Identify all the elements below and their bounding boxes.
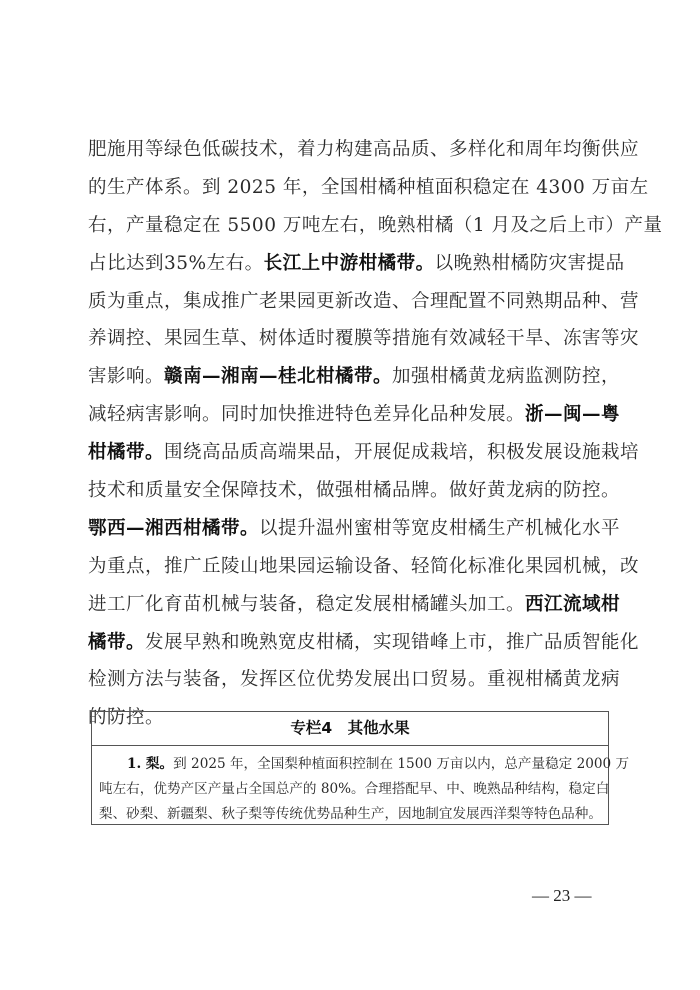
- box-body: 1. 梨。到 2025 年，全国梨种植面积控制在 1500 万亩以内，总产量稳定…: [92, 746, 608, 827]
- body-text: 的生产体系。到 2025 年，全国柑橘种植面积稳定在 4300 万亩左: [88, 177, 649, 198]
- bold-heading-text: 橘带。: [88, 632, 145, 653]
- paragraph-line: 进工厂化育苗机械与装备，稳定发展柑橘罐头加工。西江流域柑: [88, 592, 613, 630]
- bold-heading-text: 长江上中游柑橘带。: [264, 253, 435, 274]
- body-text: 吨左右，优势产区产量占全国总产的 80%。合理搭配早、中、晚熟品种结构，稳定白: [99, 781, 609, 797]
- body-text: 技术和质量安全保障技术，做强柑橘品牌。做好黄龙病的防控。: [88, 480, 620, 501]
- paragraph-line: 柑橘带。围绕高品质高端果品，开展促成栽培，积极发展设施栽培: [88, 440, 613, 478]
- paragraph-line: 肥施用等绿色低碳技术，着力构建高品质、多样化和周年均衡供应: [88, 137, 613, 175]
- bold-heading-text: 柑橘带。: [88, 442, 164, 463]
- body-text: 肥施用等绿色低碳技术，着力构建高品质、多样化和周年均衡供应: [88, 139, 639, 160]
- sidebar-box-column-4: 专栏4 其他水果 1. 梨。到 2025 年，全国梨种植面积控制在 1500 万…: [91, 711, 609, 825]
- paragraph-line: 技术和质量安全保障技术，做强柑橘品牌。做好黄龙病的防控。: [88, 478, 613, 516]
- paragraph-line: 鄂西—湘西柑橘带。以提升温州蜜柑等宽皮柑橘生产机械化水平: [88, 516, 613, 554]
- paragraph-line: 检测方法与装备，发挥区位优势发展出口贸易。重视柑橘黄龙病: [88, 667, 613, 705]
- box-line: 梨、砂梨、新疆梨、秋子梨等传统优势品种生产，因地制宜发展西洋梨等特色品种。: [99, 802, 601, 827]
- bold-heading-text: 浙—闽—粤: [525, 404, 620, 425]
- paragraph-line: 养调控、果园生草、树体适时覆膜等措施有效减轻干旱、冻害等灾: [88, 326, 613, 364]
- body-text: 进工厂化育苗机械与装备，稳定发展柑橘罐头加工。: [88, 594, 525, 615]
- body-text: 发展早熟和晚熟宽皮柑橘，实现错峰上市，推广品质智能化: [145, 632, 639, 653]
- body-text: 以提升温州蜜柑等宽皮柑橘生产机械化水平: [259, 518, 620, 539]
- bold-heading-text: 1. 梨。: [127, 756, 173, 772]
- body-text: 到 2025 年，全国梨种植面积控制在 1500 万亩以内，总产量稳定 2000…: [173, 756, 629, 772]
- paragraph-line: 减轻病害影响。同时加快推进特色差异化品种发展。浙—闽—粤: [88, 402, 613, 440]
- body-text: 为重点，推广丘陵山地果园运输设备、轻简化标准化果园机械，改: [88, 556, 639, 577]
- body-text: 质为重点，集成推广老果园更新改造、合理配置不同熟期品种、营: [88, 291, 639, 312]
- bold-heading-text: 鄂西—湘西柑橘带。: [88, 518, 259, 539]
- body-text: 围绕高品质高端果品，开展促成栽培，积极发展设施栽培: [164, 442, 639, 463]
- paragraph-line: 占比达到35%左右。长江上中游柑橘带。以晚熟柑橘防灾害提品: [88, 251, 613, 289]
- body-paragraph: 肥施用等绿色低碳技术，着力构建高品质、多样化和周年均衡供应的生产体系。到 202…: [88, 137, 613, 743]
- document-page: 肥施用等绿色低碳技术，着力构建高品质、多样化和周年均衡供应的生产体系。到 202…: [0, 0, 700, 990]
- bold-heading-text: 赣南—湘南—桂北柑橘带。: [164, 366, 392, 387]
- body-text: 养调控、果园生草、树体适时覆膜等措施有效减轻干旱、冻害等灾: [88, 328, 639, 349]
- paragraph-line: 质为重点，集成推广老果园更新改造、合理配置不同熟期品种、营: [88, 289, 613, 327]
- box-title: 专栏4 其他水果: [92, 712, 608, 746]
- body-text: 以晚熟柑橘防灾害提品: [435, 253, 625, 274]
- paragraph-line: 的生产体系。到 2025 年，全国柑橘种植面积稳定在 4300 万亩左: [88, 175, 613, 213]
- body-text: 加强柑橘黄龙病监测防控，: [392, 366, 620, 387]
- page-number: — 23 —: [532, 886, 592, 906]
- box-line: 1. 梨。到 2025 年，全国梨种植面积控制在 1500 万亩以内，总产量稳定…: [99, 752, 601, 777]
- paragraph-line: 橘带。发展早熟和晚熟宽皮柑橘，实现错峰上市，推广品质智能化: [88, 630, 613, 668]
- box-line: 吨左右，优势产区产量占全国总产的 80%。合理搭配早、中、晚熟品种结构，稳定白: [99, 777, 601, 802]
- body-text: 梨、砂梨、新疆梨、秋子梨等传统优势品种生产，因地制宜发展西洋梨等特色品种。: [99, 806, 602, 822]
- paragraph-line: 右，产量稳定在 5500 万吨左右，晚熟柑橘（1 月及之后上市）产量: [88, 213, 613, 251]
- paragraph-line: 害影响。赣南—湘南—桂北柑橘带。加强柑橘黄龙病监测防控，: [88, 364, 613, 402]
- body-text: 右，产量稳定在 5500 万吨左右，晚熟柑橘（1 月及之后上市）产量: [88, 215, 663, 236]
- body-text: 占比达到35%左右。: [88, 253, 264, 274]
- body-text: 减轻病害影响。同时加快推进特色差异化品种发展。: [88, 404, 525, 425]
- body-text: 害影响。: [88, 366, 164, 387]
- bold-heading-text: 西江流域柑: [525, 594, 620, 615]
- body-text: 检测方法与装备，发挥区位优势发展出口贸易。重视柑橘黄龙病: [88, 669, 620, 690]
- paragraph-line: 为重点，推广丘陵山地果园运输设备、轻简化标准化果园机械，改: [88, 554, 613, 592]
